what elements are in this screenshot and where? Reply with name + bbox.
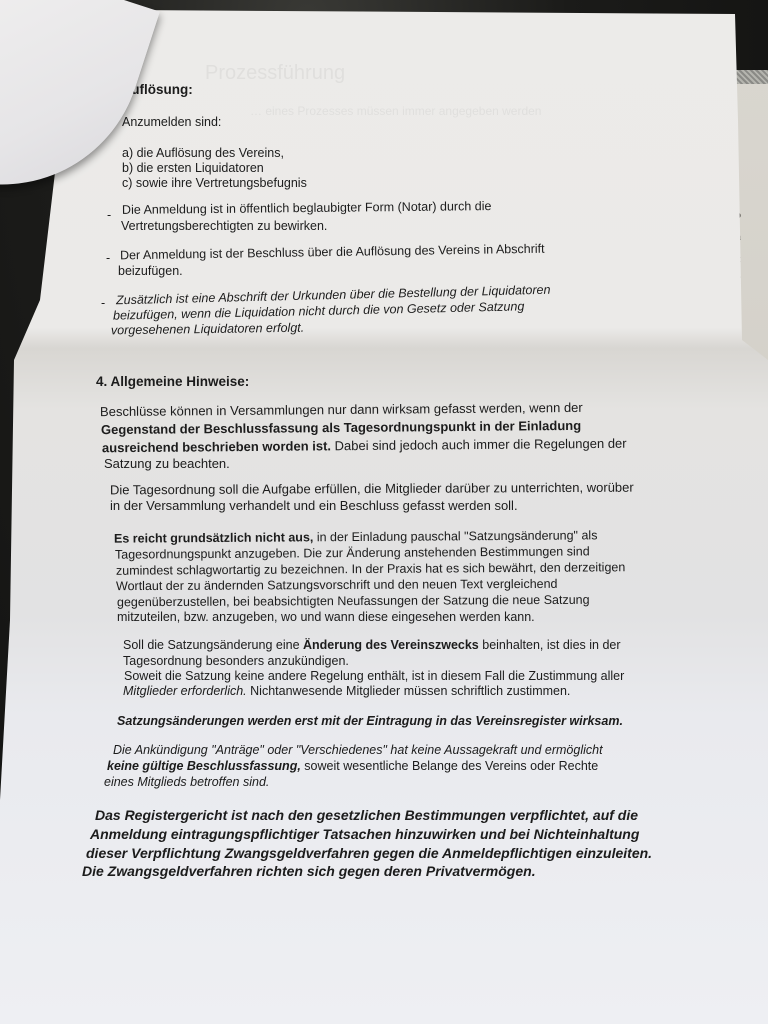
section4-p1-line1: Beschlüsse können in Versammlungen nur d… bbox=[100, 400, 583, 420]
section4-p4-line4-rest: Nichtanwesende Mitglieder müssen schrift… bbox=[247, 684, 571, 698]
section4-p3-line6: mitzuteilen, bzw. anzugeben, wo und wann… bbox=[117, 610, 535, 626]
section3-bullet2-line2: Vertretungsberechtigten zu bewirken. bbox=[121, 219, 327, 235]
ghost-title: Prozessführung bbox=[205, 62, 345, 85]
section4-p6-line2-bold: keine gültige Beschlussfassung, bbox=[107, 759, 301, 773]
section3-item-a: a) die Auflösung des Vereins, bbox=[122, 146, 284, 162]
bullet-dash: - bbox=[106, 251, 110, 265]
section4-p7-line2: Anmeldung eintragungspflichtiger Tatsach… bbox=[90, 825, 639, 844]
section4-p4-line1: Soll die Satzungsänderung eine Änderung … bbox=[123, 638, 621, 654]
document-page: Prozessführung … eines Prozesses müssen … bbox=[0, 0, 768, 1024]
section4-p3-line1-bold: Es reicht grundsätzlich nicht aus, bbox=[114, 530, 313, 545]
section4-p4-line3: Soweit die Satzung keine andere Regelung… bbox=[124, 669, 624, 685]
section4-p7-line4: Die Zwangsgeldverfahren richten sich geg… bbox=[82, 862, 536, 881]
section4-p7-line3: dieser Verpflichtung Zwangsgeldverfahren… bbox=[86, 844, 652, 863]
section4-p1-line3-bold: ausreichend beschrieben worden ist. bbox=[102, 438, 331, 455]
section4-p1-line3: ausreichend beschrieben worden ist. Dabe… bbox=[102, 436, 627, 456]
section4-heading: 4. Allgemeine Hinweise: bbox=[96, 374, 249, 390]
section4-p3-line5: gegenüberzustellen, bei beabsichtigten N… bbox=[117, 593, 590, 611]
section4-p1-line4: Satzung zu beachten. bbox=[104, 456, 230, 472]
section4-p4-line1-bold: Änderung des Vereinszwecks bbox=[303, 638, 479, 652]
section4-p1-line3-rest: Dabei sind jedoch auch immer die Regelun… bbox=[331, 436, 627, 454]
section4-p4-line4: Mitglieder erforderlich. Nichtanwesende … bbox=[123, 684, 570, 700]
section4-p4-line4-italic: Mitglieder erforderlich. bbox=[123, 684, 247, 698]
section4-p2-line2: in der Versammlung verhandelt und ein Be… bbox=[110, 498, 518, 514]
section4-p6-line1: Die Ankündigung "Anträge" oder "Verschie… bbox=[113, 743, 603, 759]
section3-item-b: b) die ersten Liquidatoren bbox=[122, 161, 264, 177]
section3-bullet2-line1: Die Anmeldung ist in öffentlich beglaubi… bbox=[122, 199, 492, 218]
section4-p3-line1-rest: in der Einladung pauschal "Satzungsänder… bbox=[313, 528, 597, 544]
section4-p6-line2: keine gültige Beschlussfassung, soweit w… bbox=[107, 759, 598, 775]
section3-bullet1: Anzumelden sind: bbox=[122, 115, 221, 131]
section4-p4-line1-post: beinhalten, ist dies in der bbox=[479, 638, 621, 652]
section4-p4-line1-pre: Soll die Satzungsänderung eine bbox=[123, 638, 303, 652]
section3-item-c: c) sowie ihre Vertretungsbefugnis bbox=[122, 176, 307, 192]
ghost-line: … eines Prozesses müssen immer angegeben… bbox=[250, 104, 541, 118]
section4-p4-line2: Tagesordnung besonders anzukündigen. bbox=[123, 654, 349, 670]
section4-p2-line1: Die Tagesordnung soll die Aufgabe erfüll… bbox=[110, 480, 634, 498]
section4-p6-line3: eines Mitglieds betroffen sind. bbox=[104, 775, 269, 791]
section4-p7-line1: Das Registergericht ist nach den gesetzl… bbox=[95, 806, 638, 825]
section3-bullet3-line1: Der Anmeldung ist der Beschluss über die… bbox=[120, 242, 545, 264]
section4-p1-line2: Gegenstand der Beschlussfassung als Tage… bbox=[101, 418, 581, 438]
bullet-dash: - bbox=[101, 296, 105, 310]
section3-bullet4-line3: vorgesehenen Liquidatoren erfolgt. bbox=[111, 321, 304, 339]
section3-bullet3-line2: beizufügen. bbox=[118, 264, 183, 280]
section4-p3-line4: Wortlaut der zu ändernden Satzungsvorsch… bbox=[116, 577, 558, 595]
bullet-dash: - bbox=[107, 208, 111, 222]
section4-p5: Satzungsänderungen werden erst mit der E… bbox=[117, 714, 623, 730]
section4-p6-line2-rest: soweit wesentliche Belange des Vereins o… bbox=[301, 759, 598, 773]
background-document-strip bbox=[735, 70, 768, 84]
